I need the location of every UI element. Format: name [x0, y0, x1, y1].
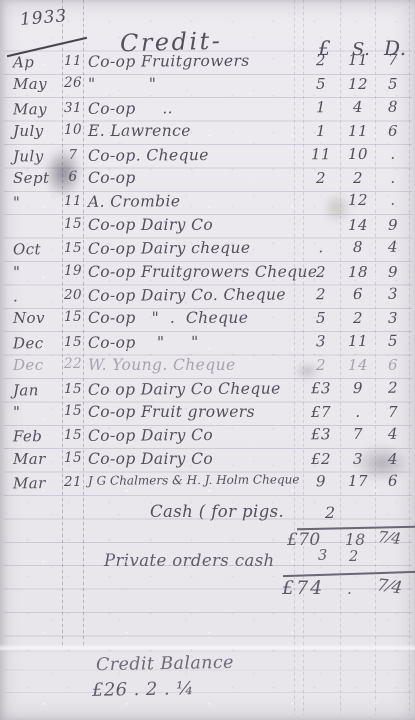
- entry-shillings: 17: [341, 472, 375, 490]
- entry-day: 10: [61, 122, 85, 138]
- cash-for-pigs-amount: 2: [325, 503, 336, 522]
- entry-pounds: £3: [302, 425, 340, 443]
- entry-day: 6: [61, 169, 85, 185]
- entry-pence: 6: [377, 356, 409, 374]
- ledger-row: Dec15Co-op " "3115: [0, 331, 415, 357]
- ledger-page: 1933 Credit- £ S. D. Ap11Co-op Fruitgrow…: [0, 0, 415, 720]
- entry-month: Nov: [13, 309, 61, 327]
- entry-day: 19: [61, 263, 85, 279]
- ledger-row: Mar21J G Chalmers & H. J. Holm Cheque917…: [0, 472, 415, 498]
- entry-pence: 7: [377, 403, 409, 421]
- entry-day: 11: [61, 193, 85, 209]
- entry-pence: 6: [377, 472, 409, 490]
- entry-description: Co-op ..: [88, 98, 302, 117]
- entry-day: 15: [61, 309, 85, 325]
- entry-pence: 2: [377, 378, 409, 396]
- entry-day: 26: [61, 75, 85, 91]
- year-label: 1933: [19, 6, 68, 30]
- entry-shillings: 2: [341, 169, 375, 187]
- subtotal-shillings: 18: [345, 531, 366, 549]
- entry-pounds: 5: [302, 75, 340, 93]
- entry-day: 31: [61, 100, 85, 116]
- entry-month: Dec: [13, 356, 61, 374]
- entry-pounds: .: [302, 238, 340, 256]
- entry-description: Co-op Fruit growers: [88, 403, 302, 421]
- entry-shillings: 11: [341, 51, 375, 69]
- entry-day: 15: [61, 427, 85, 443]
- entry-pounds: 3: [302, 332, 340, 350]
- entry-pounds: 2: [302, 169, 340, 187]
- ledger-row: .20Co-op Dairy Co. Cheque263: [0, 285, 415, 311]
- entry-description: W. Young. Cheque: [88, 356, 302, 374]
- entry-pounds: 2: [302, 51, 340, 69]
- entry-description: Co-op Dairy Co. Cheque: [88, 285, 302, 304]
- entry-month: .: [13, 287, 61, 305]
- entry-day: 7: [61, 146, 85, 162]
- ledger-row: Sept6Co-op22.: [0, 169, 415, 192]
- entry-month: May: [13, 100, 61, 118]
- entry-month: July: [13, 147, 61, 165]
- subtotal-pounds: £70: [287, 530, 321, 550]
- entry-description: Co-op Dairy cheque: [88, 239, 302, 258]
- entry-description: Co op Dairy Co Cheque: [88, 379, 302, 398]
- entry-shillings: 3: [341, 450, 375, 468]
- entry-description: Co-op Dairy Co: [88, 216, 302, 234]
- entry-month: ": [13, 193, 61, 211]
- entry-description: E. Lawrence: [88, 122, 302, 140]
- credit-balance-label: Credit Balance: [96, 653, 234, 675]
- entry-shillings: 11: [341, 122, 375, 140]
- private-orders-pounds: 3: [318, 548, 328, 564]
- ledger-row: July10E. Lawrence1116: [0, 122, 415, 145]
- entry-shillings: 7: [341, 425, 375, 443]
- entry-shillings: 14: [341, 216, 375, 234]
- entry-shillings: 10: [341, 144, 375, 162]
- entry-pence: 4: [377, 450, 409, 468]
- entry-day: 15: [61, 240, 85, 256]
- entry-description: Co-op " . Cheque: [88, 309, 302, 327]
- entry-pounds: 1: [302, 122, 340, 140]
- entry-pence: 6: [377, 122, 409, 140]
- entry-pounds: 2: [302, 356, 340, 374]
- entry-pounds: £7: [302, 403, 340, 421]
- entry-month: Dec: [13, 334, 61, 352]
- ledger-row: Feb15Co-op Dairy Co£374: [0, 425, 415, 451]
- entry-description: " ": [88, 75, 302, 93]
- entry-shillings: 12: [341, 75, 375, 93]
- grand-total-pounds: £74: [282, 577, 324, 599]
- entry-shillings: 18: [341, 263, 375, 281]
- ledger-row: Ap11Co-op Fruitgrowers2117: [0, 51, 415, 77]
- entry-month: ": [13, 263, 61, 281]
- entry-month: Mar: [13, 474, 61, 492]
- entry-day: 15: [61, 403, 85, 419]
- entry-pence: 3: [377, 309, 409, 327]
- entry-month: ": [13, 403, 61, 421]
- ledger-row: Jan15Co op Dairy Co Cheque£392: [0, 378, 415, 404]
- entry-pounds: 1: [302, 98, 340, 116]
- entry-month: Sept: [13, 169, 61, 187]
- ledger-row: "11A. Crombie12.: [0, 191, 415, 217]
- entry-pounds: 9: [302, 472, 340, 490]
- entry-day: 20: [61, 287, 85, 303]
- entry-pence: 3: [377, 285, 409, 303]
- entry-pence: 4: [377, 238, 409, 256]
- page-crease: [0, 644, 415, 652]
- entry-day: 15: [61, 450, 85, 466]
- grand-total-dot: .: [347, 580, 352, 598]
- entry-description: J G Chalmers & H. J. Holm Cheque: [88, 473, 302, 488]
- entry-pence: 5: [377, 331, 409, 349]
- entry-pence: .: [377, 191, 409, 209]
- entry-shillings: 6: [341, 285, 375, 303]
- entry-month: Ap: [13, 53, 61, 71]
- ledger-row: Mar15Co-op Dairy Co£234: [0, 450, 415, 473]
- entry-month: July: [13, 122, 61, 140]
- entry-day: 21: [61, 474, 85, 490]
- cash-for-pigs-desc: Cash ( for pigs.: [150, 502, 284, 521]
- entry-description: Co-op. Cheque: [88, 145, 302, 164]
- ledger-row: 15Co-op Dairy Co149: [0, 216, 415, 239]
- entry-pence: 9: [377, 216, 409, 234]
- entry-day: 15: [61, 216, 85, 232]
- entry-shillings: 4: [341, 98, 375, 116]
- private-orders-shillings: 2: [349, 549, 359, 565]
- entry-day: 15: [61, 334, 85, 350]
- subtotal-pence: 7⁄4: [377, 528, 402, 548]
- credit-balance-amount: £26 . 2 . ¼: [92, 678, 194, 701]
- entry-shillings: 2: [341, 309, 375, 327]
- entry-month: Jan: [13, 381, 61, 399]
- entry-shillings: 14: [341, 356, 375, 374]
- ledger-row: "15Co-op Fruit growers£7.7: [0, 403, 415, 426]
- ledger-row: "19Co-op Fruitgrowers Cheque2189: [0, 263, 415, 286]
- entry-shillings: .: [341, 403, 375, 421]
- entry-pounds: £2: [302, 450, 340, 468]
- entry-month: Mar: [13, 450, 61, 468]
- entry-description: Co-op: [88, 169, 302, 187]
- entry-pounds: 2: [302, 285, 340, 303]
- ledger-row: May31Co-op ..148: [0, 97, 415, 123]
- ledger-row: Dec22W. Young. Cheque2146: [0, 356, 415, 379]
- grand-total-pence: 7⁄4: [376, 575, 404, 598]
- ledger-row: May26" "5125: [0, 75, 415, 98]
- entry-pounds: 11: [302, 145, 340, 163]
- entry-pence: 5: [377, 75, 409, 93]
- entry-month: May: [13, 75, 61, 93]
- entry-description: Co-op Dairy Co: [88, 426, 302, 445]
- ledger-row: Nov15Co-op " . Cheque523: [0, 309, 415, 332]
- entry-description: Co-op " ": [88, 332, 302, 351]
- entry-day: 22: [61, 356, 85, 372]
- entry-shillings: 11: [341, 332, 375, 350]
- entry-pence: 9: [377, 263, 409, 281]
- entry-month: Oct: [13, 240, 61, 258]
- entry-pence: .: [377, 144, 409, 162]
- entry-pence: 8: [377, 97, 409, 115]
- entry-description: Co-op Dairy Co: [88, 450, 302, 468]
- entry-day: 11: [61, 53, 85, 69]
- entry-shillings: 8: [341, 238, 375, 256]
- entry-shillings: 9: [341, 378, 375, 396]
- entry-description: Co-op Fruitgrowers Cheque: [88, 263, 302, 281]
- ledger-row: July7Co-op. Cheque1110.: [0, 144, 415, 170]
- entry-pence: .: [377, 169, 409, 187]
- entry-pounds: 5: [302, 309, 340, 327]
- entry-description: A. Crombie: [88, 192, 302, 211]
- entry-day: 15: [61, 380, 85, 396]
- ledger-row: Oct15Co-op Dairy cheque.84: [0, 238, 415, 264]
- entry-month: Feb: [13, 427, 61, 445]
- entry-pounds: £3: [302, 379, 340, 397]
- entry-shillings: 12: [341, 191, 375, 209]
- entry-pence: 7: [377, 51, 409, 69]
- entry-pounds: 2: [302, 263, 340, 281]
- entry-pence: 4: [377, 425, 409, 443]
- private-orders-label: Private orders cash: [104, 551, 275, 570]
- entry-description: Co-op Fruitgrowers: [88, 51, 302, 70]
